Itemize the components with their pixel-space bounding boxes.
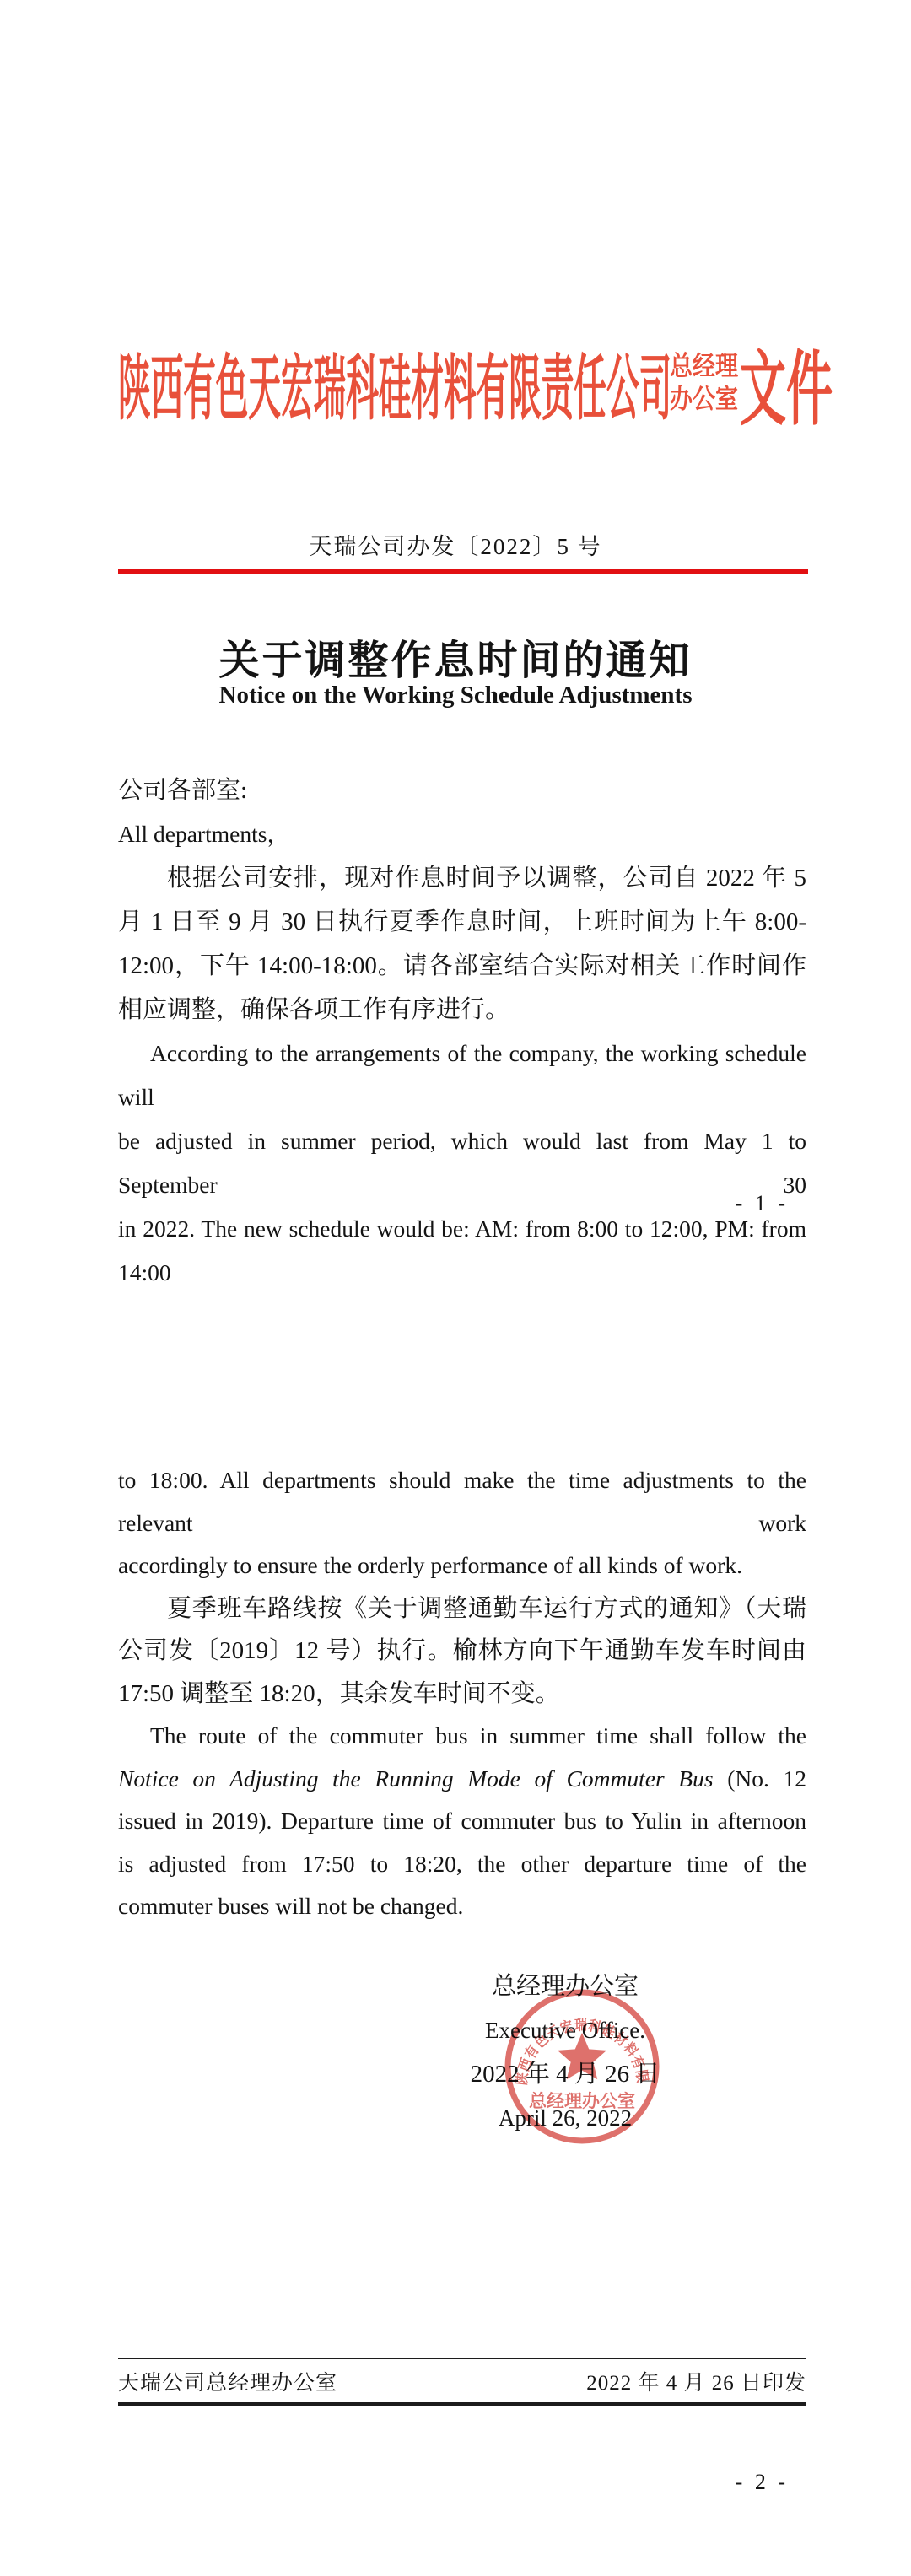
body-line: 夏季班车路线按《关于调整通勤车运行方式的通知》（天瑞 [118, 1587, 806, 1630]
body-line: accordingly to ensure the orderly perfor… [118, 1544, 806, 1587]
salutation-chinese: 公司各部室: [118, 768, 806, 812]
footer-imprint: 天瑞公司总经理办公室 2022 年 4 月 26 日印发 [118, 2358, 806, 2406]
body-line: is adjusted from 17:50 to 18:20, the oth… [118, 1843, 806, 1886]
body-line: 17:50 调整至 18:20，其余发车时间不变。 [118, 1673, 806, 1716]
body-line: 公司发〔2019〕12 号）执行。榆林方向下午通勤车发车时间由 [118, 1630, 806, 1673]
body-line: 根据公司安排，现对作息时间予以调整，公司自 2022 年 5 [118, 856, 806, 900]
body-line-fragment: (No. 12 [714, 1765, 806, 1792]
body-line: issued in 2019). Departure time of commu… [118, 1800, 806, 1843]
red-divider-line [118, 569, 808, 574]
body-line: commuter buses will not be changed. [118, 1885, 806, 1928]
letterhead-banner: 陕西有色天宏瑞科硅材料有限责任公司 总经理 办公室 文件 [118, 336, 827, 430]
footer-print-date: 2022 年 4 月 26 日印发 [586, 2366, 806, 2396]
official-seal-stamp: 陕西有色天宏瑞科硅材料有限责任公司 总经理办公室 [496, 1987, 673, 2164]
cited-notice-title: Notice on Adjusting the Running Mode of … [118, 1765, 714, 1792]
stamp-center-text: 总经理办公室 [529, 2091, 635, 2111]
page2-body: to 18:00. All departments should make th… [118, 1459, 806, 1928]
body-line: 月 1 日至 9 月 30 日执行夏季作息时间，上班时间为上午 8:00- [118, 900, 806, 944]
footer-issuing-office: 天瑞公司总经理办公室 [118, 2366, 337, 2396]
letterhead-office-line1: 总经理 [670, 350, 738, 383]
body-line: 12:00，下午 14:00-18:00。请各部室结合实际对相关工作时间作 [118, 944, 806, 988]
body-line: According to the arrangements of the com… [118, 1032, 806, 1119]
body-line: to 18:00. All departments should make th… [118, 1459, 806, 1544]
letterhead-office-line2: 办公室 [670, 383, 738, 416]
title-chinese: 关于调整作息时间的通知 [0, 628, 911, 686]
body-line: Notice on Adjusting the Running Mode of … [118, 1758, 806, 1801]
letterhead-doc-word: 文件 [740, 325, 833, 440]
document-page: 陕西有色天宏瑞科硅材料有限责任公司 总经理 办公室 文件 天瑞公司办发〔2022… [0, 0, 911, 2576]
letterhead-company-name: 陕西有色天宏瑞科硅材料有限责任公司 [118, 332, 671, 434]
body-line: 相应调整，确保各项工作有序进行。 [118, 988, 806, 1032]
page1-number: - 1 - [603, 1191, 789, 1216]
title-english: Notice on the Working Schedule Adjustmen… [0, 682, 911, 709]
body-line: The route of the commuter bus in summer … [118, 1715, 806, 1758]
page2-number: - 2 - [603, 2470, 789, 2495]
salutation-english: All departments， [118, 812, 806, 856]
document-number: 天瑞公司办发〔2022〕5 号 [0, 528, 911, 561]
body-line: in 2022. The new schedule would be: AM: … [118, 1207, 806, 1295]
stamp-star-icon [558, 2033, 606, 2079]
letterhead-office-block: 总经理 办公室 [670, 350, 738, 416]
